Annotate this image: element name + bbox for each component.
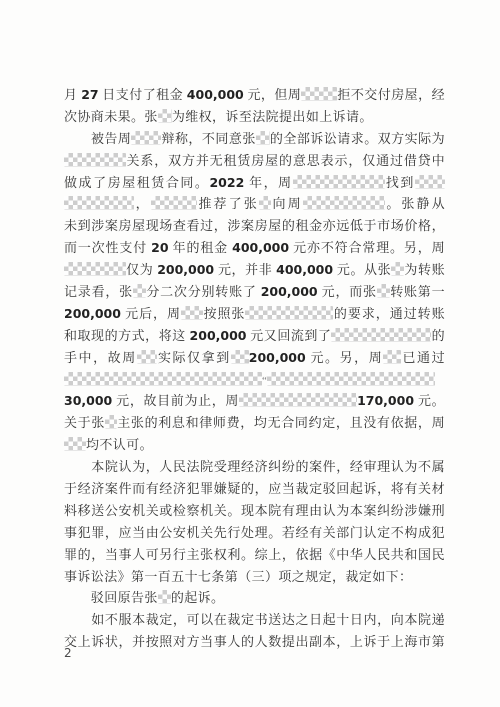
text-line: 次协商未果。张为维权，诉至法院提出如上诉请。 xyxy=(64,106,445,128)
text-run: 元又回流到了 xyxy=(246,328,331,343)
text-line: 交上诉状，并按照对方当事人的人数提出副本，上诉于上海市第 xyxy=(64,631,445,653)
text-line: 仅为 200,000 元，并非 400,000 元。从张为转账 xyxy=(64,259,445,281)
document-page: 月 27 日支付了租金 400,000 元，但周拒不交付房屋，经多次协商未果。张… xyxy=(0,0,500,707)
redaction-mosaic xyxy=(267,372,435,386)
redaction-mosaic xyxy=(137,350,157,364)
text-run: 元，故目前为止，周 xyxy=(112,393,239,408)
text-run: 日支付了租金 xyxy=(99,87,187,102)
redaction-mosaic xyxy=(64,196,134,210)
number-text: 170,000 xyxy=(357,393,414,408)
text-run: 元。另，周 xyxy=(306,350,384,365)
redaction-mosaic xyxy=(383,350,401,364)
number-text: 200,000 xyxy=(261,284,318,299)
redaction-mosaic xyxy=(245,306,333,320)
number-text: 200,000 xyxy=(190,328,247,343)
text-run: 年，周 xyxy=(244,175,292,190)
document-body: 月 27 日支付了租金 400,000 元，但周拒不交付房屋，经多次协商未果。张… xyxy=(64,84,445,653)
text-run: 已通过 xyxy=(401,350,445,365)
text-run: 向周 xyxy=(271,196,303,211)
redaction-mosaic xyxy=(256,131,270,145)
number-text: 200,000 xyxy=(64,306,121,321)
redaction-mosaic xyxy=(303,196,385,210)
redaction-mosaic xyxy=(158,590,171,604)
redaction-mosaic xyxy=(131,131,161,145)
text-line: 200,000 元后，周按照张的要求，通过转账 xyxy=(64,303,445,325)
text-run: 关于张 xyxy=(64,415,105,430)
text-line: 关于张主张的利息和律师费，均无合同约定，且没有依据，周 xyxy=(64,412,445,434)
text-line: 于经济案件而有经济犯罪嫌疑的，应当裁定驳回起诉，将有关材 xyxy=(64,478,445,500)
redaction-mosaic xyxy=(301,87,337,101)
text-line: 未到涉案房屋现场查看过，涉案房屋的租金亦远低于市场价格， xyxy=(64,215,445,237)
text-line: 做成了房屋租赁合同。2022 年，周找到 xyxy=(64,172,445,194)
number-text: 400,000 xyxy=(187,87,244,102)
number-text: 2022 xyxy=(209,175,244,190)
text-line: 被告周辩称，不同意张的全部诉讼请求。双方实际为 xyxy=(64,128,445,150)
number-text: 200,000 xyxy=(157,262,214,277)
text-line: 30,000 元，故目前为止，周170,000 元。 xyxy=(64,390,445,412)
number-text: 400,000 xyxy=(276,262,333,277)
text-line: 关系，双方并无租赁房屋的意思表示，仅通过借贷中介 xyxy=(64,150,445,172)
text-run: 和取现的方式，将这 xyxy=(64,328,190,343)
text-run: 元。从张 xyxy=(333,262,391,277)
text-run: 主张的利息和律师费，均无合同约定，且没有依据，周 xyxy=(117,415,445,430)
text-run: 的全部诉讼请求。双方实际为 xyxy=(270,131,445,146)
redaction-mosaic xyxy=(181,306,203,320)
redaction-mosaic xyxy=(151,196,197,210)
text-run: 交上诉状，并按照对方当事人的人数提出副本，上诉于上海市第 xyxy=(64,634,445,649)
number-text: 20 xyxy=(151,240,168,255)
text-run: ， xyxy=(134,196,151,211)
redaction-mosaic xyxy=(64,372,262,386)
text-run: 为转账 xyxy=(404,262,445,277)
text-run: 的 xyxy=(431,328,445,343)
redaction-mosaic xyxy=(231,350,249,364)
number-text: 400,000 xyxy=(232,240,289,255)
text-line: 本院认为，人民法院受理经济纠纷的案件，经审理认为不属 xyxy=(64,456,445,478)
text-run: 手中，故周 xyxy=(64,350,137,365)
text-run: 。张静从 xyxy=(385,196,445,211)
redaction-mosaic xyxy=(105,415,117,429)
text-run: 如不服本裁定，可以在裁定书送达之日起十日内，向本院递 xyxy=(64,612,445,627)
page-number: 2 xyxy=(64,646,72,660)
text-line: 手中，故周实际仅拿到200,000 元。另，周已通过 xyxy=(64,347,445,369)
number-text: 200,000 xyxy=(249,350,306,365)
redaction-mosaic xyxy=(415,175,445,189)
redaction-mosaic xyxy=(64,262,126,276)
text-run: 的要求，通过转账 xyxy=(333,306,445,321)
redaction-mosaic xyxy=(158,109,172,123)
text-run: 被告周 xyxy=(64,131,131,146)
text-line: “ xyxy=(64,369,445,391)
text-run: 月 xyxy=(64,87,81,102)
text-run: 驳回原告张 xyxy=(64,590,158,605)
text-run: 做成了房屋租赁合同。 xyxy=(64,175,209,190)
text-line: 和取现的方式，将这 200,000 元又回流到了的 xyxy=(64,325,445,347)
text-run: 于经济案件而有经济犯罪嫌疑的，应当裁定驳回起诉，将有关材 xyxy=(64,481,445,496)
text-run: 辩称，不同意张 xyxy=(161,131,255,146)
text-run: 元后，周 xyxy=(121,306,181,321)
text-run: 次协商未果。张 xyxy=(64,109,158,124)
text-run: 按照张 xyxy=(203,306,245,321)
text-run: 事诉讼法》第一百五十七条第（三）项之规定，裁定如下： xyxy=(64,569,412,584)
text-run: 事犯罪，应当由公安机关先行处理。若经有关部门认定不构成犯 xyxy=(64,525,445,540)
text-run: 料移送公安机关或检察机关。现本院有理由认为本案纠纷涉嫌刑 xyxy=(64,503,445,518)
redaction-mosaic xyxy=(133,284,146,298)
text-run: 推荐了张 xyxy=(197,196,259,211)
text-run: 罪的，当事人可另行主张权利。综上，依据《中华人民共和国民 xyxy=(64,547,445,562)
text-line: 料移送公安机关或检察机关。现本院有理由认为本案纠纷涉嫌刑 xyxy=(64,500,445,522)
text-run: 记录看，张 xyxy=(64,284,133,299)
text-run: 而一次性支付 xyxy=(64,240,151,255)
text-line: 月 27 日支付了租金 400,000 元，但周拒不交付房屋，经多 xyxy=(64,84,445,106)
text-line: 事诉讼法》第一百五十七条第（三）项之规定，裁定如下： xyxy=(64,566,445,588)
text-run: 实际仅拿到 xyxy=(157,350,231,365)
text-line: 驳回原告张的起诉。 xyxy=(64,587,445,609)
text-run: 均不认可。 xyxy=(86,437,153,452)
text-run: 元亦不符合常理。另，周 xyxy=(289,240,445,255)
text-run: 元，但周 xyxy=(244,87,302,102)
text-line: ，推荐了张向周。张静从 xyxy=(64,193,445,215)
text-run: 未到涉案房屋现场查看过，涉案房屋的租金亦远低于市场价格， xyxy=(64,218,445,233)
redaction-mosaic xyxy=(64,437,86,451)
text-run: 分二次分别转账了 xyxy=(146,284,261,299)
text-line: 罪的，当事人可另行主张权利。综上，依据《中华人民共和国民 xyxy=(64,544,445,566)
text-run: 本院认为，人民法院受理经济纠纷的案件，经审理认为不属 xyxy=(64,459,445,474)
redaction-mosaic xyxy=(239,393,357,407)
text-run: 的起诉。 xyxy=(171,590,225,605)
text-run: 找到 xyxy=(385,175,415,190)
redaction-mosaic xyxy=(377,284,390,298)
text-line: 如不服本裁定，可以在裁定书送达之日起十日内，向本院递 xyxy=(64,609,445,631)
redaction-mosaic xyxy=(331,328,431,342)
text-line: 而一次性支付 20 年的租金 400,000 元亦不符合常理。另，周 xyxy=(64,237,445,259)
text-run: 为维权，诉至法院提出如上诉请。 xyxy=(172,109,373,124)
number-text: 30,000 xyxy=(64,393,112,408)
number-text: 27 xyxy=(81,87,98,102)
redaction-mosaic xyxy=(391,262,404,276)
text-run: 仅为 xyxy=(126,262,157,277)
text-run: 年的租金 xyxy=(169,240,233,255)
redaction-mosaic xyxy=(64,153,126,167)
text-run: 元，并非 xyxy=(214,262,276,277)
redaction-mosaic xyxy=(259,196,271,210)
text-line: 均不认可。 xyxy=(64,434,445,456)
text-run: 元。 xyxy=(414,393,445,408)
text-run: 元，而张 xyxy=(318,284,377,299)
text-line: 记录看，张分二次分别转账了 200,000 元，而张转账第一笔 xyxy=(64,281,445,303)
text-line: 事犯罪，应当由公安机关先行处理。若经有关部门认定不构成犯 xyxy=(64,522,445,544)
redaction-mosaic xyxy=(293,175,385,189)
